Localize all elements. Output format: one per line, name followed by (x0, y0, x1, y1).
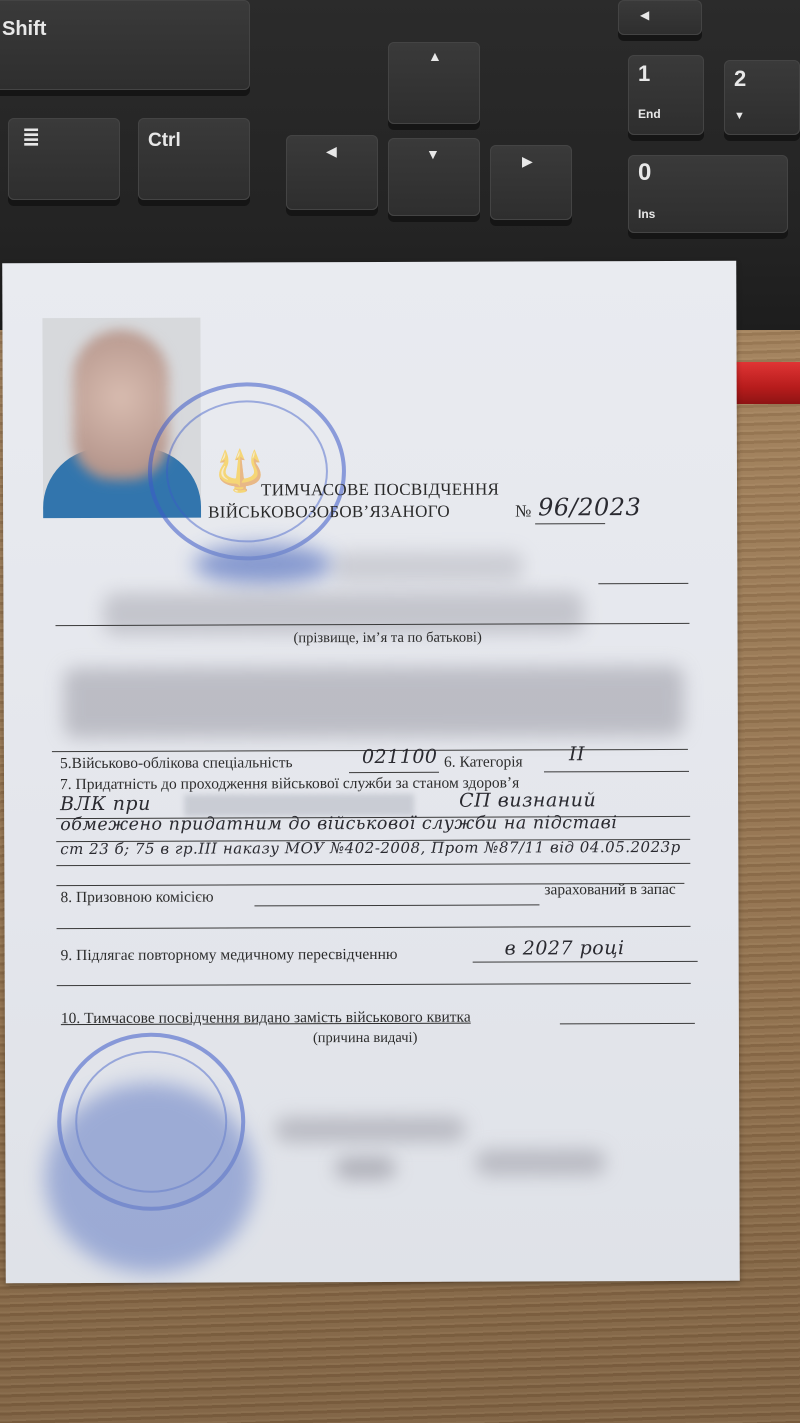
redacted-name-line2 (103, 591, 583, 635)
key-label: 0 (638, 159, 651, 187)
document-title-line2: ВІЙСЬКОВОЗОБОВ’ЯЗАНОГО (208, 502, 450, 523)
certificate-number: 96/2023 (538, 493, 641, 521)
field8-line2 (57, 926, 691, 929)
key-label: 1 (638, 61, 650, 87)
key-label: Ctrl (148, 130, 181, 152)
key-numpad-0: 0 Ins (628, 155, 788, 233)
field6-value: II (569, 743, 585, 765)
military-temporary-certificate: 🔱 ТИМЧАСОВЕ ПОСВІДЧЕННЯ ВІЙСЬКОВОЗОБОВ’Я… (2, 261, 740, 1284)
redacted-official-name (275, 1117, 465, 1143)
number-label: № (515, 501, 532, 521)
field10-caption: (причина видачі) (313, 1030, 418, 1047)
number-underline (535, 523, 605, 524)
key-arrow-up: ▲ (388, 42, 480, 124)
field7-handwriting-line1a: ВЛК при (60, 793, 151, 815)
name-line-1 (598, 583, 688, 584)
field9-value: в 2027 році (505, 937, 625, 959)
key-label: Shift (2, 18, 46, 41)
redacted-birth-info (64, 666, 684, 738)
key-numpad-4: ◀ (618, 0, 702, 35)
field9-label: 9. Підлягає повторному медичному пересві… (61, 946, 398, 965)
key-arrow-right: ▶ (490, 145, 572, 220)
key-arrow-left: ◀ (286, 135, 378, 210)
field5-underline (349, 772, 439, 773)
field7-handwriting-line2: обмежено придатним до військової служби … (60, 813, 617, 835)
field7-label: 7. Придатність до проходження військової… (60, 774, 519, 794)
field7-handwriting-line3: ст 23 б; 75 в гр.III наказу МОУ №402-200… (60, 838, 681, 858)
field5-value: 021100 (362, 746, 438, 768)
field5-label: 5.Військово-облікова спеціальність (60, 754, 293, 773)
key-sublabel: ▼ (734, 110, 745, 122)
document-title-line1: ТИМЧАСОВЕ ПОСВІДЧЕННЯ (261, 480, 499, 501)
key-numpad-2: 2 ▼ (724, 60, 800, 135)
field8-suffix: зарахований в запас (544, 881, 675, 899)
field6-underline (544, 771, 689, 773)
field9-underline (473, 961, 698, 963)
field8-label: 8. Призовною комісією (60, 889, 213, 908)
redacted-name-line1b (333, 551, 523, 582)
field7-line3 (56, 863, 690, 866)
key-label: 2 (734, 66, 746, 92)
key-ctrl: Ctrl (138, 118, 250, 200)
arrow-up-icon: ▲ (428, 48, 442, 64)
menu-icon: ≣ (22, 124, 40, 150)
field10-label: 10. Тимчасове посвідчення видано замість… (61, 1009, 471, 1028)
redacted-official-surname (475, 1149, 605, 1175)
key-arrow-down: ▼ (388, 138, 480, 216)
key-shift: Shift (0, 0, 250, 90)
trident-emblem-icon: 🔱 (215, 447, 265, 494)
red-pen (730, 362, 800, 404)
key-sublabel: Ins (638, 207, 655, 221)
key-sublabel: End (638, 107, 661, 121)
redacted-stamp-signature (45, 1082, 256, 1273)
field9-line2 (57, 983, 691, 986)
field10-underline (560, 1023, 695, 1024)
key-label: ◀ (640, 8, 649, 22)
name-caption: (прізвище, ім’я та по батькові) (294, 630, 482, 648)
arrow-left-icon: ◀ (326, 143, 337, 160)
field7-handwriting-line1b: СП визнаний (459, 789, 596, 811)
field8-underline (254, 904, 539, 906)
redacted-name-line1 (193, 544, 333, 584)
arrow-right-icon: ▶ (522, 153, 533, 170)
key-menu: ≣ (8, 118, 120, 200)
key-numpad-1: 1 End (628, 55, 704, 135)
arrow-down-icon: ▼ (426, 146, 440, 162)
field6-label: 6. Категорія (444, 753, 523, 771)
redacted-signature (335, 1157, 395, 1179)
